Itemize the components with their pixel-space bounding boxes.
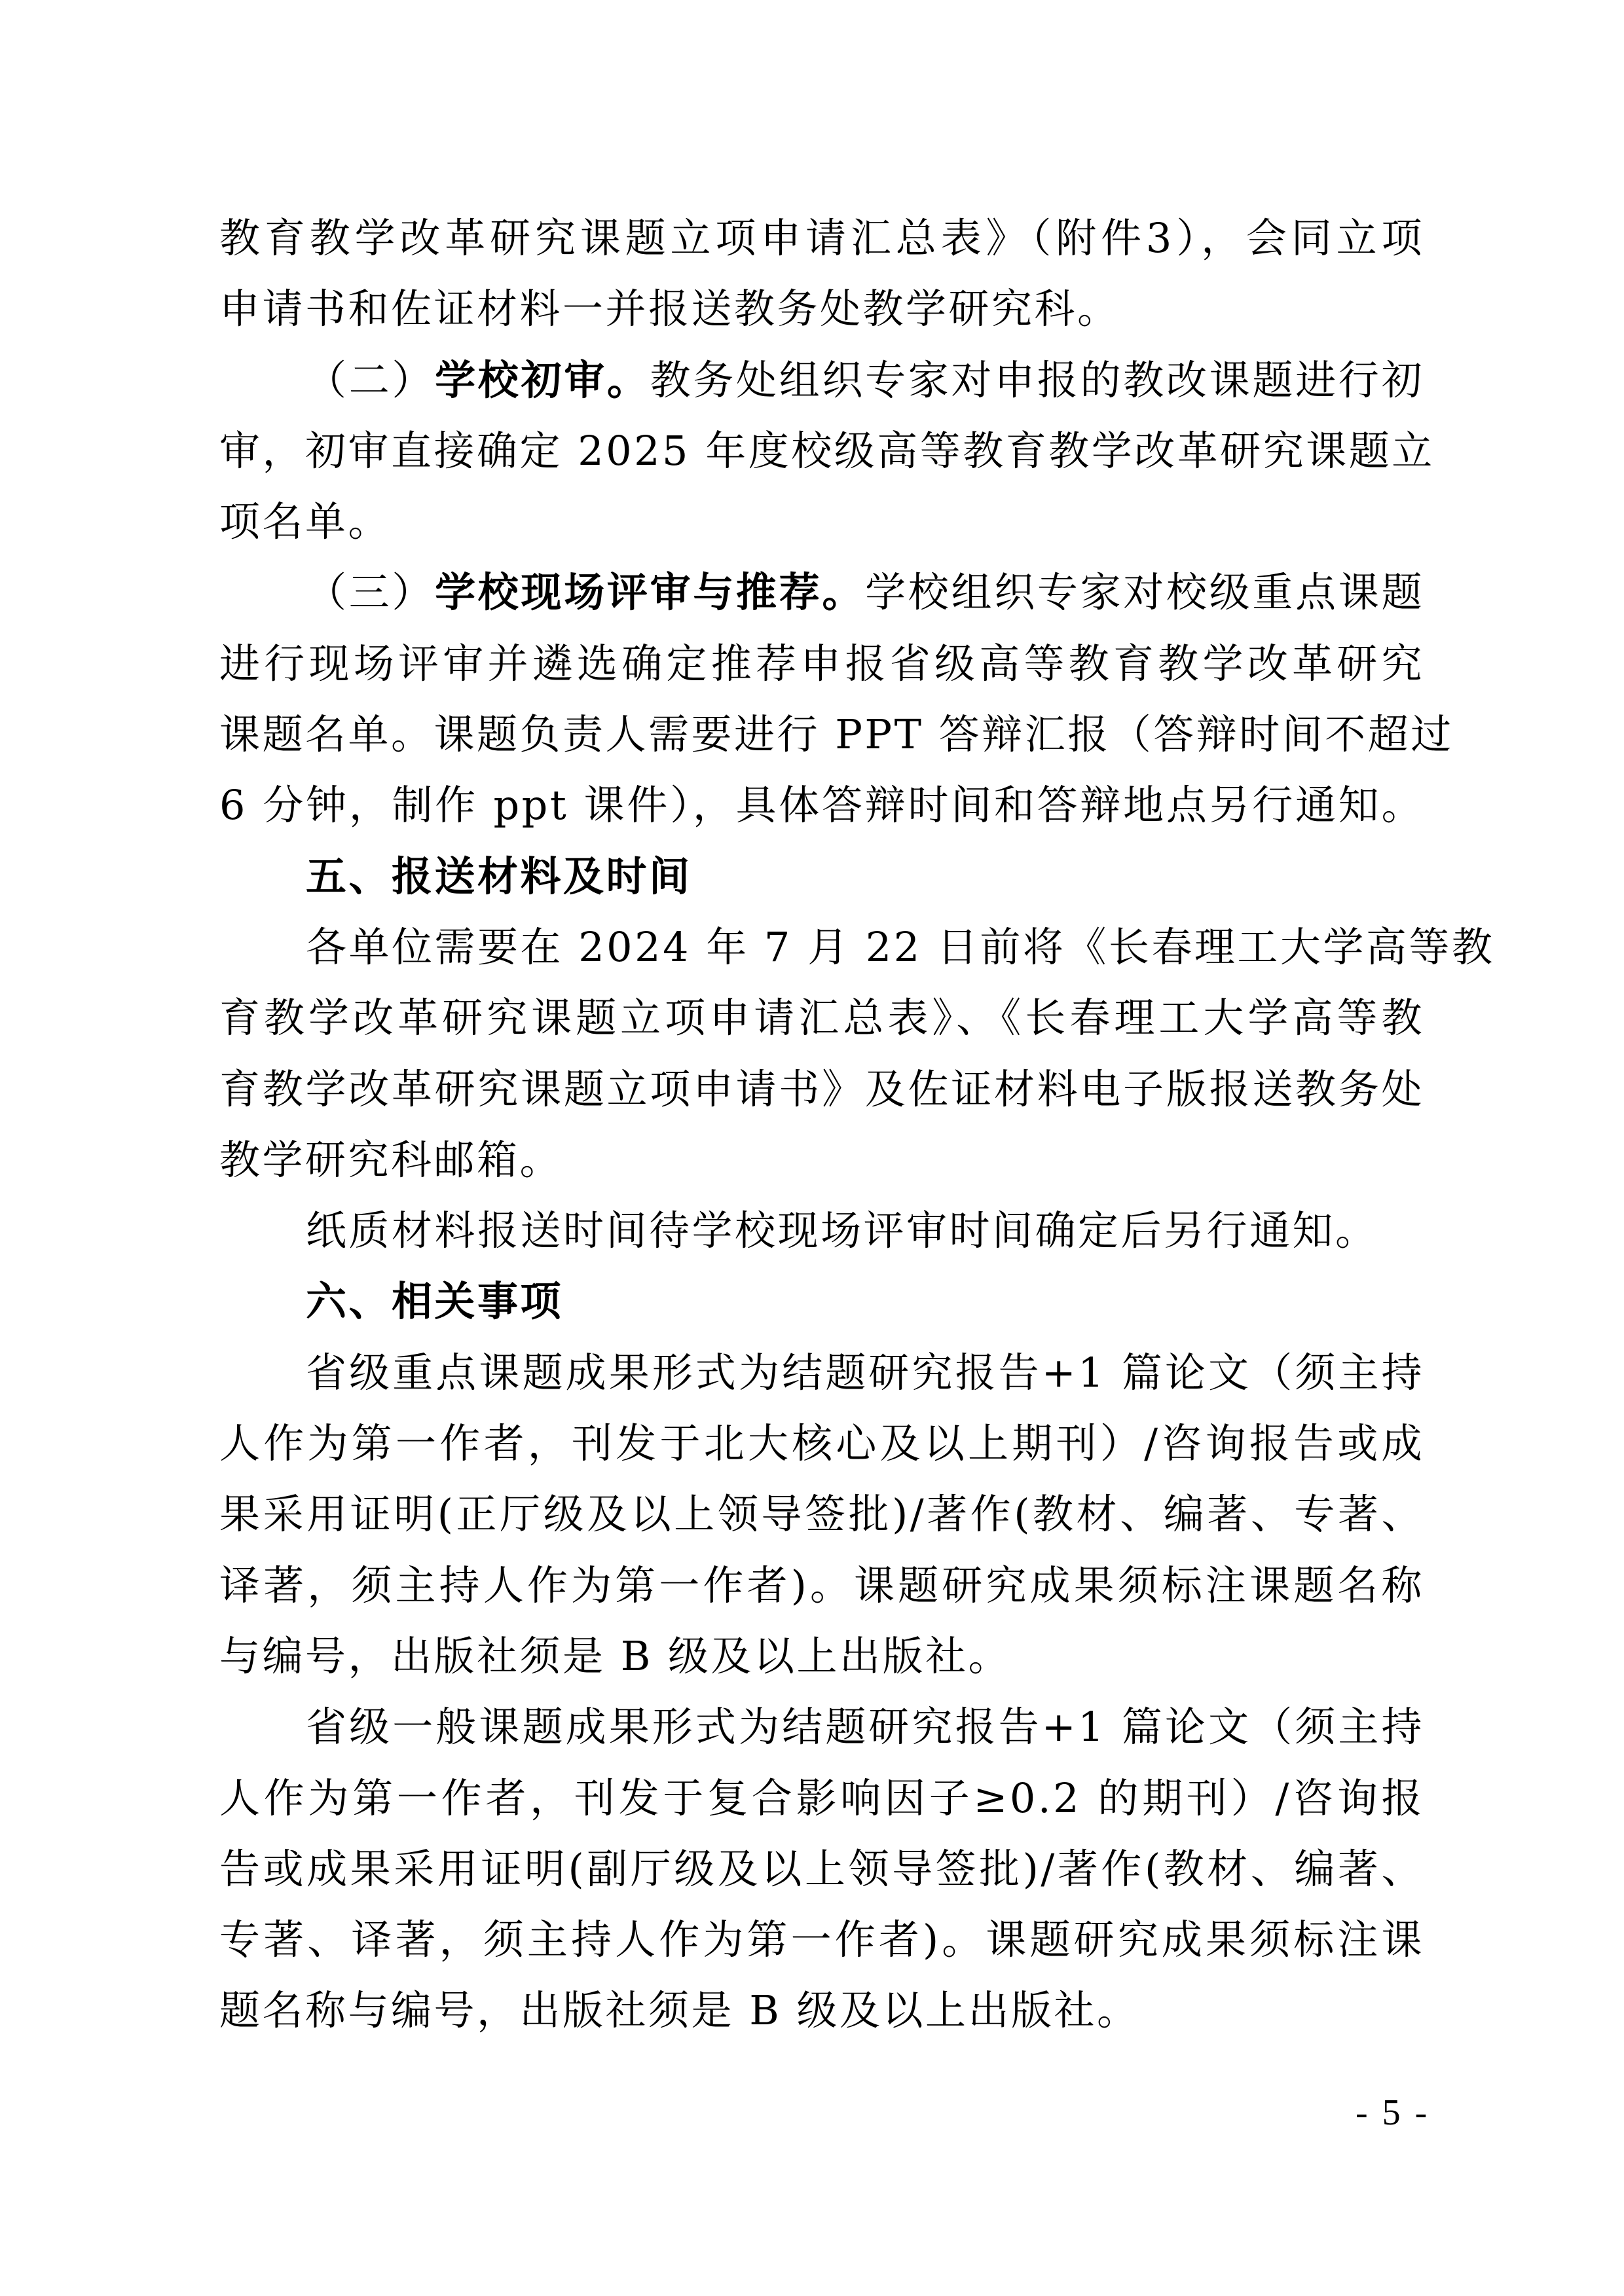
paragraph-line: 项名单。: [219, 486, 1424, 557]
item-text: 学校组织专家对校级重点课题: [865, 568, 1424, 616]
paragraph-line: 审，初审直接确定 2025 年度校级高等教育教学改革研究课题立: [219, 416, 1424, 486]
paragraph-line: 译著，须主持人作为第一作者)。课题研究成果须标注课题名称: [219, 1550, 1424, 1621]
paragraph-line: 进行现场评审并遴选确定推荐申报省级高等教育教学改革研究: [219, 629, 1424, 699]
section-heading-6: 六、相关事项: [219, 1266, 1424, 1337]
paragraph-line: 省级重点课题成果形式为结题研究报告+1 篇论文（须主持: [219, 1338, 1424, 1408]
section-3-onsite-review: （三）学校现场评审与推荐。学校组织专家对校级重点课题: [219, 557, 1424, 628]
item-number: （二）: [306, 356, 435, 404]
item-title: 学校现场评审与推荐。: [435, 568, 865, 616]
paragraph-line: 纸质材料报送时间待学校现场评审时间确定后另行通知。: [219, 1195, 1424, 1266]
paragraph-line: 专著、译著，须主持人作为第一作者)。课题研究成果须标注课: [219, 1904, 1424, 1975]
paragraph-line: 告或成果采用证明(副厅级及以上领导签批)/著作(教材、编著、: [219, 1834, 1424, 1904]
document-body: 教育教学改革研究课题立项申请汇总表》（附件3），会同立项 申请书和佐证材料一并报…: [219, 203, 1424, 2047]
item-title: 学校初审。: [435, 356, 650, 404]
item-number: （三）: [306, 568, 435, 616]
paragraph-line: 与编号，出版社须是 B 级及以上出版社。: [219, 1621, 1424, 1692]
section-heading-5: 五、报送材料及时间: [219, 841, 1424, 912]
item-text: 教务处组织专家对申报的教改课题进行初: [650, 356, 1424, 404]
paragraph-line: 6 分钟，制作 ppt 课件），具体答辩时间和答辩地点另行通知。: [219, 770, 1424, 841]
paragraph-line: 申请书和佐证材料一并报送教务处教学研究科。: [219, 274, 1424, 344]
section-2-initial-review: （二）学校初审。教务处组织专家对申报的教改课题进行初: [219, 345, 1424, 416]
paragraph-line: 育教学改革研究课题立项申请汇总表》、《长春理工大学高等教: [219, 983, 1424, 1053]
paragraph-line: 人作为第一作者，刊发于复合影响因子≥0.2 的期刊）/咨询报: [219, 1763, 1424, 1834]
paragraph-line: 果采用证明(正厅级及以上领导签批)/著作(教材、编著、专著、: [219, 1479, 1424, 1550]
paragraph-line: 省级一般课题成果形式为结题研究报告+1 篇论文（须主持: [219, 1692, 1424, 1762]
paragraph-line: 教学研究科邮箱。: [219, 1125, 1424, 1195]
document-page: 教育教学改革研究课题立项申请汇总表》（附件3），会同立项 申请书和佐证材料一并报…: [0, 0, 1624, 2296]
paragraph-line: 人作为第一作者，刊发于北大核心及以上期刊）/咨询报告或成: [219, 1408, 1424, 1479]
paragraph-line: 各单位需要在 2024 年 7 月 22 日前将《长春理工大学高等教: [219, 912, 1424, 983]
paragraph-line: 课题名单。课题负责人需要进行 PPT 答辩汇报（答辩时间不超过: [219, 699, 1424, 770]
paragraph-line: 育教学改革研究课题立项申请书》及佐证材料电子版报送教务处: [219, 1054, 1424, 1125]
page-number: - 5 -: [1356, 2092, 1430, 2134]
paragraph-line: 教育教学改革研究课题立项申请汇总表》（附件3），会同立项: [219, 203, 1424, 274]
paragraph-line: 题名称与编号，出版社须是 B 级及以上出版社。: [219, 1975, 1424, 2046]
